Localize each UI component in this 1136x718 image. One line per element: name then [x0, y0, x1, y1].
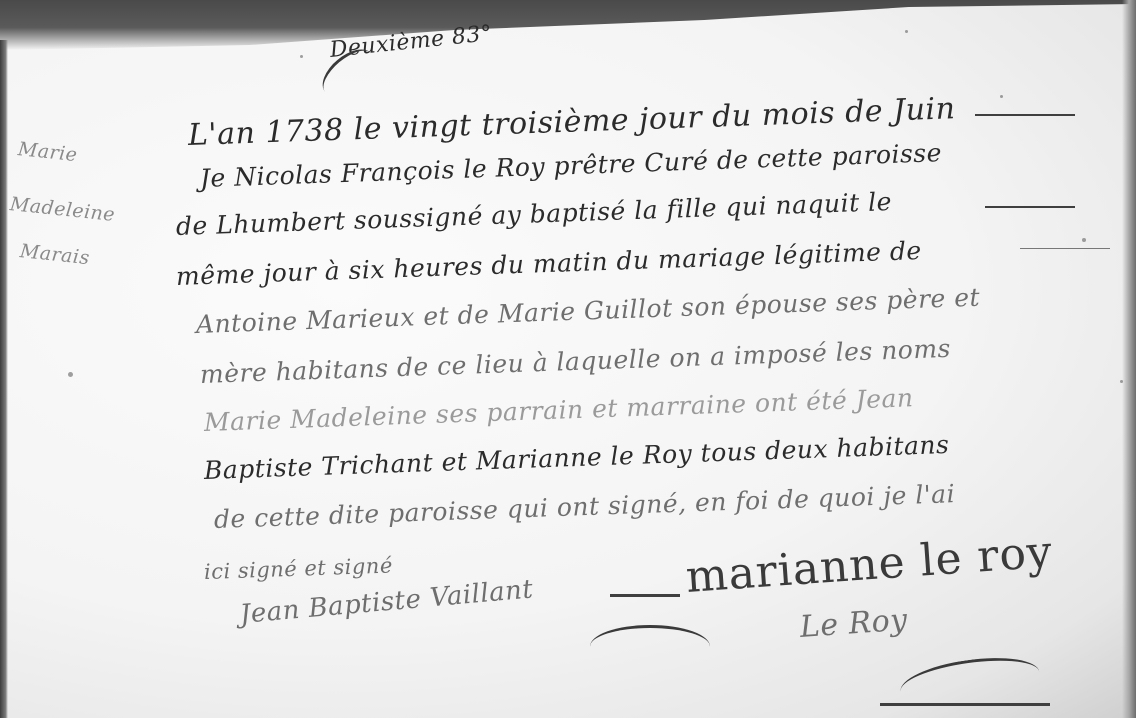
margin-name-1: Marie	[17, 138, 79, 166]
scanned-register-page: Deuxième 83° Marie Madeleine Marais L'an…	[0, 0, 1136, 718]
line-filler-rule	[975, 114, 1075, 116]
scan-left-edge	[0, 40, 8, 718]
scan-right-edge	[1122, 0, 1136, 718]
ink-speck	[68, 372, 73, 377]
margin-name-2: Madeleine	[9, 193, 116, 226]
body-line-9: de cette dite paroisse qui ont signé, en…	[213, 479, 955, 534]
margin-name-3: Marais	[19, 240, 91, 269]
ink-speck	[1120, 380, 1123, 383]
ink-speck	[905, 30, 908, 33]
signature-priest: Le Roy	[799, 603, 909, 645]
body-line-3: de Lhumbert soussigné ay baptisé la fill…	[175, 187, 892, 241]
line-filler-rule	[985, 206, 1075, 208]
ink-speck	[1000, 95, 1003, 98]
body-line-5: Antoine Marieux et de Marie Guillot son …	[195, 283, 980, 339]
signature-flourish-rule	[610, 594, 680, 597]
body-line-8: Baptiste Trichant et Marianne le Roy tou…	[203, 430, 949, 485]
line-filler-rule	[1020, 248, 1110, 249]
ink-speck	[300, 55, 303, 58]
signature-godmother: marianne le roy	[684, 526, 1054, 603]
signature-godfather: Jean Baptiste Vaillant	[239, 574, 535, 630]
ink-speck	[1082, 238, 1086, 242]
paraph-rule	[880, 703, 1050, 706]
body-line-6: mère habitans de ce lieu à laquelle on a…	[199, 334, 951, 389]
body-line-4: même jour à six heures du matin du maria…	[175, 236, 922, 291]
scan-top-edge	[0, 0, 1136, 50]
body-line-10: ici signé et signé	[204, 553, 394, 584]
body-line-7: Marie Madeleine ses parrain et marraine …	[203, 383, 913, 437]
priest-signature-flourish	[590, 625, 710, 668]
